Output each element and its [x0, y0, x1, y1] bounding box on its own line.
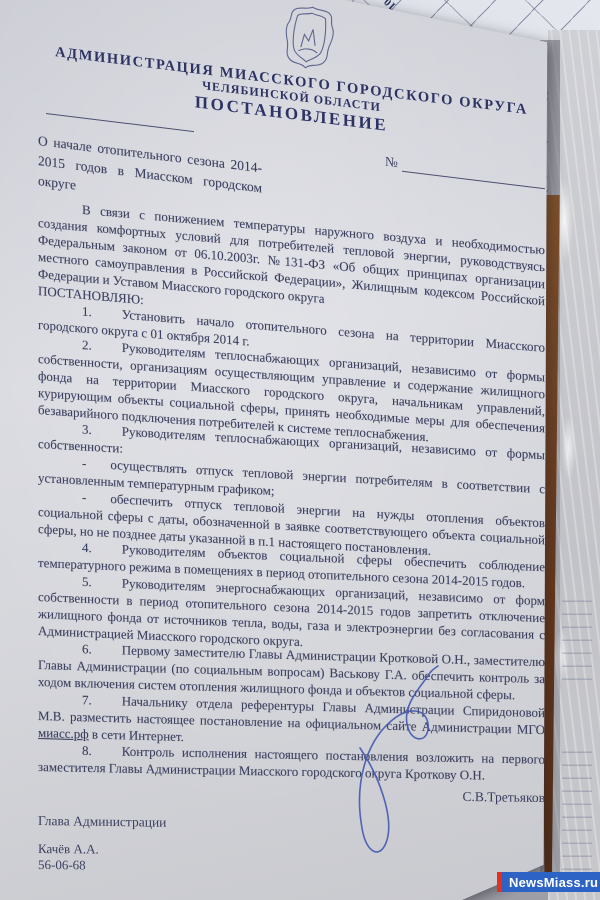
number-label: №: [385, 154, 398, 172]
watermark-label: NewsMiass.ru: [502, 872, 600, 892]
bullet-dash: -: [82, 489, 86, 504]
contact-block: Качёв А.А. 56-06-68: [38, 841, 545, 877]
decree-paper: АДМИНИСТРАЦИЯ МИАССКОГО ГОРОДСКОГО ОКРУГ…: [0, 0, 600, 900]
item-number: 7.: [82, 692, 92, 707]
signature-row: Глава Администрации С.В.Третьяков: [38, 781, 545, 840]
site-url-text: миасс.рф: [38, 725, 89, 741]
handwritten-signature-icon: [318, 662, 468, 888]
item-number: 1.: [82, 303, 92, 319]
document-photo: 10 10:15 10:1 -20 АДМИНИСТРАЦИЯ МИАССКОГ…: [0, 0, 600, 900]
watermark: NewsMiass.ru: [497, 872, 600, 892]
item-number: 6.: [82, 641, 92, 656]
signer-position: Глава Администрации: [38, 813, 166, 835]
item-text: Контроль исполнения настоящего постановл…: [38, 744, 545, 783]
item-number: 8.: [82, 743, 92, 758]
number-field: №: [385, 161, 545, 190]
item-number: 3.: [82, 421, 92, 437]
decree-content: АДМИНИСТРАЦИЯ МИАССКОГО ГОРОДСКОГО ОКРУГ…: [0, 0, 600, 873]
executor-phone: 56-06-68: [38, 857, 545, 877]
number-blank-line: [402, 161, 545, 190]
item-number: 4.: [82, 540, 92, 555]
item-number: 5.: [82, 574, 92, 589]
bullet-dash: -: [82, 455, 86, 470]
item-number: 2.: [82, 337, 92, 353]
signer-name: С.В.Третьяков: [463, 787, 546, 806]
